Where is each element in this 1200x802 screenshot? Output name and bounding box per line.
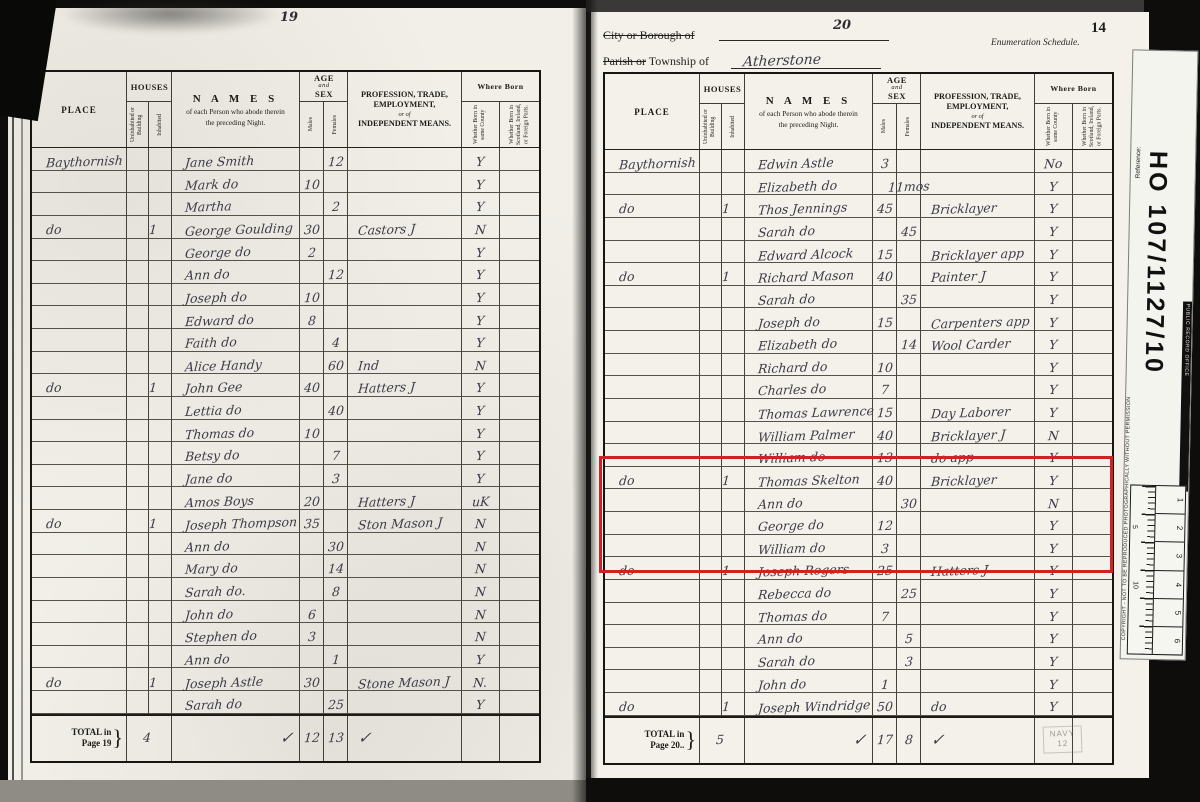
cell-pr: Bricklayer app (921, 241, 1035, 264)
cell-i (722, 625, 745, 648)
cell-b2 (500, 148, 539, 171)
total-males: 17 (876, 734, 893, 747)
cell-f: 12 (324, 148, 348, 171)
table-row: Alice Handy60IndN (32, 352, 539, 375)
cell-pr (348, 171, 462, 194)
cell-pl: do (605, 263, 700, 286)
cell-m (300, 329, 324, 352)
cell-pl (605, 648, 700, 671)
cell-b1: Y (462, 193, 500, 216)
cell-pl (605, 308, 700, 331)
cell-pl (605, 354, 700, 377)
cell-u (700, 173, 722, 196)
cell-b1: N (462, 578, 500, 601)
cell-pl: do (32, 374, 127, 397)
cell-b2 (500, 668, 539, 691)
cell-f (324, 306, 348, 329)
cell-i (722, 286, 745, 309)
cell-b1: Y (462, 148, 500, 171)
ruler-inch-cell: 3 (1154, 542, 1184, 571)
cell-pr (348, 193, 462, 216)
cell-m: 15 (873, 241, 897, 264)
header-profession: PROFESSION, TRADE, EMPLOYMENT, or of IND… (921, 74, 1035, 149)
page-edge-line (21, 8, 23, 780)
cell-pl (605, 331, 700, 354)
header-born-other: Whether Born in Scotland, Ireland, or Fo… (509, 103, 531, 146)
cell-b1: Y (1035, 308, 1073, 331)
header-houses: HOUSES Uninhabited or Building Inhabited (700, 74, 745, 149)
header-age-sex: AGE and SEX Males Females (300, 72, 348, 147)
cell-u (127, 442, 149, 465)
cell-u (700, 603, 722, 626)
cell-nm: Sarah do (745, 286, 873, 309)
cell-u (700, 241, 722, 264)
cell-m: 3 (300, 623, 324, 646)
table-rows-left: BaythornishJane Smith12YMark do10YMartha… (32, 148, 539, 714)
cell-pr (348, 397, 462, 420)
cell-b1: Y (462, 397, 500, 420)
table-row: Jane do3Y (32, 465, 539, 488)
cell-m (300, 352, 324, 375)
census-table-left: PLACE HOUSES Uninhabited or Building Inh… (30, 70, 541, 763)
table-rows-right: BaythornishEdwin Astle3NoElizabeth do11m… (605, 150, 1112, 716)
cell-m (300, 578, 324, 601)
cell-b2 (1073, 218, 1112, 241)
cell-i (149, 465, 172, 488)
cell-pl (605, 603, 700, 626)
cell-m: 35 (300, 510, 324, 533)
cell-m: 10 (300, 284, 324, 307)
cell-i (722, 399, 745, 422)
cell-nm: Edward Alcock (745, 241, 873, 264)
cell-pr (921, 286, 1035, 309)
cell-b1: N (1035, 422, 1073, 445)
cell-f (324, 171, 348, 194)
header-names: N A M E S of each Person who abode there… (172, 72, 300, 147)
cell-m (873, 580, 897, 603)
table-row: Mark do10Y (32, 171, 539, 194)
cell-i (149, 306, 172, 329)
cell-b1: N. (462, 668, 500, 691)
cell-m: 15 (873, 308, 897, 331)
cell-pr (348, 601, 462, 624)
cell-b2 (1073, 331, 1112, 354)
cell-i (722, 603, 745, 626)
cell-pl (32, 442, 127, 465)
cell-b1: Y (1035, 218, 1073, 241)
cell-u (700, 422, 722, 445)
table-row: do1Joseph Astle30Stone Mason JN. (32, 668, 539, 691)
cell-i (149, 623, 172, 646)
table-row: BaythornishEdwin Astle3No (605, 150, 1112, 173)
table-row: Edward do8Y (32, 306, 539, 329)
cell-b2 (500, 284, 539, 307)
cell-pr: Ind (348, 352, 462, 375)
cell-nm: John do (172, 601, 300, 624)
cell-nm: Martha (172, 193, 300, 216)
cell-b1: N (462, 533, 500, 556)
cell-b2 (1073, 693, 1112, 716)
cell-i (722, 331, 745, 354)
table-row: Joseph do15Carpenters appY (605, 308, 1112, 331)
cell-pl (32, 171, 127, 194)
cell-i (149, 487, 172, 510)
cell-b2 (500, 193, 539, 216)
cell-nm: George Goulding (172, 216, 300, 239)
cell-b1: uK (462, 487, 500, 510)
cell-u (127, 261, 149, 284)
cell-pr (348, 261, 462, 284)
cell-u (127, 555, 149, 578)
cell-f (897, 399, 921, 422)
cell-b2 (1073, 422, 1112, 445)
cell-pl (32, 420, 127, 443)
table-row: Rebecca do25Y (605, 580, 1112, 603)
cell-f (324, 420, 348, 443)
cell-f (897, 422, 921, 445)
cell-b1: Y (1035, 263, 1073, 286)
cell-u (127, 284, 149, 307)
cell-nm: Edwin Astle (745, 150, 873, 173)
cell-pl (605, 399, 700, 422)
cell-i (722, 670, 745, 693)
cell-b2 (1073, 308, 1112, 331)
table-row: Martha2Y (32, 193, 539, 216)
cell-pr (921, 150, 1035, 173)
cell-u (700, 150, 722, 173)
cell-pl (605, 580, 700, 603)
cell-m: 40 (873, 422, 897, 445)
cell-nm: Ann do (172, 646, 300, 669)
cell-f: 3 (897, 648, 921, 671)
schedule-number: 14 (1091, 20, 1106, 37)
cell-f: 7 (324, 442, 348, 465)
cell-i: 1 (722, 693, 745, 716)
cell-nm: Jane do (172, 465, 300, 488)
cell-pr: Wool Carder (921, 331, 1035, 354)
cell-i (722, 308, 745, 331)
cell-nm: Joseph do (745, 308, 873, 331)
cell-b2 (1073, 625, 1112, 648)
table-row: do1Richard Mason40Painter JY (605, 263, 1112, 286)
cell-m: 10 (300, 171, 324, 194)
cell-f (897, 263, 921, 286)
cell-m (873, 286, 897, 309)
header-females: Females (905, 117, 912, 136)
cell-f: 25 (897, 580, 921, 603)
cell-i (149, 601, 172, 624)
ruler-inch-cell: 6 (1153, 627, 1183, 655)
cell-u (127, 374, 149, 397)
cell-f: 40 (324, 397, 348, 420)
header-place: PLACE (605, 74, 700, 149)
cell-pl (605, 670, 700, 693)
cell-b1: Y (1035, 195, 1073, 218)
cell-f: 8 (324, 578, 348, 601)
cell-b2 (500, 397, 539, 420)
cell-b2 (500, 420, 539, 443)
cell-b2 (1073, 241, 1112, 264)
cell-b1: Y (462, 465, 500, 488)
cell-pr: Painter J (921, 263, 1035, 286)
cell-pl (32, 487, 127, 510)
cell-f (897, 354, 921, 377)
cell-m (873, 625, 897, 648)
cell-b1: Y (462, 691, 500, 714)
cell-m (873, 331, 897, 354)
cell-m (300, 193, 324, 216)
schedule-label: Enumeration Schedule. (991, 38, 1080, 48)
cell-i (722, 241, 745, 264)
cell-pl (32, 555, 127, 578)
cell-b1: Y (1035, 376, 1073, 399)
header-place: PLACE (32, 72, 127, 147)
cell-i: 1 (149, 668, 172, 691)
total-label: TOTAL inPage 19 } (32, 716, 127, 761)
cell-nm: Amos Boys (172, 487, 300, 510)
cell-b2 (1073, 603, 1112, 626)
township-value: Atherstone (743, 53, 822, 70)
measurement-ruler: 510 123456 (1127, 484, 1187, 655)
cell-m: 40 (873, 263, 897, 286)
cell-pr (348, 465, 462, 488)
total-males: 12 (303, 732, 320, 745)
cell-pl (32, 352, 127, 375)
cell-nm: Rebecca do (745, 580, 873, 603)
cell-pr (921, 580, 1035, 603)
cell-m: 7 (873, 603, 897, 626)
cell-b2 (500, 239, 539, 262)
cell-b1: Y (1035, 648, 1073, 671)
cell-f (324, 510, 348, 533)
cell-pr (348, 239, 462, 262)
cell-pr (348, 148, 462, 171)
cell-nm: Betsy do (172, 442, 300, 465)
cell-b2 (1073, 580, 1112, 603)
table-row: Sarah do45Y (605, 218, 1112, 241)
cell-m (873, 648, 897, 671)
cell-pr: Ston Mason J (348, 510, 462, 533)
cell-b2 (500, 352, 539, 375)
table-row: Betsy do7Y (32, 442, 539, 465)
cell-b2 (500, 510, 539, 533)
cell-u (700, 331, 722, 354)
table-row: Thomas do10Y (32, 420, 539, 443)
cell-b1: Y (1035, 286, 1073, 309)
census-table-right: PLACE HOUSES Uninhabited or Building Inh… (603, 72, 1114, 765)
table-row: do1Thos Jennings45BricklayerY (605, 195, 1112, 218)
cell-u (700, 648, 722, 671)
cell-u (127, 646, 149, 669)
cell-f (324, 668, 348, 691)
header-uninhabited: Uninhabited or Building (703, 105, 717, 148)
ruler-inch-cell: 1 (1156, 486, 1186, 515)
cell-nm: Jane Smith (172, 148, 300, 171)
cell-nm: Elizabeth do (745, 331, 873, 354)
cell-b2 (500, 171, 539, 194)
ruler-cm-scale: 510 (1128, 485, 1157, 653)
cell-b2 (1073, 150, 1112, 173)
cell-pr (348, 578, 462, 601)
cell-m: 20 (300, 487, 324, 510)
cell-b2 (1073, 195, 1112, 218)
cell-u (700, 399, 722, 422)
cell-u (127, 623, 149, 646)
ruler-number: 5 (1131, 525, 1138, 529)
cell-m: 30 (300, 216, 324, 239)
cell-i: 1 (722, 263, 745, 286)
cell-nm: Thomas do (745, 603, 873, 626)
table-row: Edward Alcock15Bricklayer appY (605, 241, 1112, 264)
cell-u (127, 329, 149, 352)
cell-nm: Joseph Astle (172, 668, 300, 691)
cell-i (722, 354, 745, 377)
cell-pr (921, 376, 1035, 399)
cell-pl: do (32, 216, 127, 239)
scan-edge-shadow (586, 0, 1144, 12)
cell-f: 1 (324, 646, 348, 669)
header-uninhabited: Uninhabited or Building (130, 103, 144, 146)
cell-pr (348, 646, 462, 669)
cell-nm: Joseph Windridge (745, 693, 873, 716)
cell-pl (32, 397, 127, 420)
cell-b1: Y (1035, 354, 1073, 377)
cell-pl: Baythornish (605, 150, 700, 173)
cell-pl (605, 173, 700, 196)
cell-nm: Sarah do (745, 648, 873, 671)
tally-mark: ✓ (279, 730, 294, 747)
cell-b1: Y (1035, 173, 1073, 196)
cell-f: 4 (324, 329, 348, 352)
table-row: Joseph do10Y (32, 284, 539, 307)
table-row: Sarah do35Y (605, 286, 1112, 309)
cell-b2 (1073, 399, 1112, 422)
table-row: Richard do10Y (605, 354, 1112, 377)
cell-u (700, 693, 722, 716)
cell-nm: Thomas do (172, 420, 300, 443)
total-houses: 5 (716, 734, 725, 747)
table-row: William Palmer40Bricklayer JN (605, 422, 1112, 445)
cell-u (127, 533, 149, 556)
cell-nm: Joseph Thompson (172, 510, 300, 533)
cell-b2 (1073, 263, 1112, 286)
header-males: Males (881, 119, 888, 133)
cell-i (149, 148, 172, 171)
cell-f (324, 216, 348, 239)
ruler-inch-scale: 123456 (1153, 486, 1186, 655)
cell-f: 45 (897, 218, 921, 241)
cell-pl (605, 422, 700, 445)
public-record-office-label: PUBLIC RECORD OFFICE (1183, 304, 1191, 377)
cell-nm: Richard do (745, 354, 873, 377)
cell-f: 30 (324, 533, 348, 556)
cell-m (300, 148, 324, 171)
cell-pr (921, 354, 1035, 377)
header-where-born: Where Born Whether Born in same County W… (1035, 74, 1112, 149)
cell-pr: Bricklayer J (921, 422, 1035, 445)
cell-pl: Baythornish (32, 148, 127, 171)
cell-pl (32, 261, 127, 284)
cell-u (700, 670, 722, 693)
cell-pr: Carpenters app (921, 308, 1035, 331)
cell-u (700, 376, 722, 399)
cell-i (149, 329, 172, 352)
table-row: Elizabeth do11mosY (605, 173, 1112, 196)
cell-b2 (1073, 173, 1112, 196)
cell-i (149, 442, 172, 465)
cell-b2 (1073, 286, 1112, 309)
cell-nm: Ann do (172, 533, 300, 556)
tally-mark: ✓ (930, 732, 945, 749)
cell-pl (32, 239, 127, 262)
cell-pr (921, 648, 1035, 671)
table-row: Sarah do3Y (605, 648, 1112, 671)
table-row: Elizabeth do14Wool CarderY (605, 331, 1112, 354)
cell-i (722, 422, 745, 445)
table-row: Amos Boys20Hatters JuK (32, 487, 539, 510)
cell-u (127, 510, 149, 533)
census-page-left: 19 PLACE HOUSES Uninhabited or Building … (8, 8, 586, 780)
header-names: N A M E S of each Person who abode there… (745, 74, 873, 149)
cell-i (149, 691, 172, 714)
cell-u (700, 286, 722, 309)
cell-b2 (500, 374, 539, 397)
cell-pr (348, 442, 462, 465)
header-females: Females (332, 115, 339, 134)
cell-m: 8 (300, 306, 324, 329)
cell-f (324, 487, 348, 510)
cell-i: 1 (149, 216, 172, 239)
cell-pl: do (32, 510, 127, 533)
cell-f: 60 (324, 352, 348, 375)
cell-i (149, 646, 172, 669)
cell-u (127, 306, 149, 329)
cell-pr (348, 623, 462, 646)
scan-smudge (60, 0, 280, 34)
cell-b2 (500, 623, 539, 646)
cell-pl (32, 601, 127, 624)
cell-pr: Bricklayer (921, 195, 1035, 218)
cell-f (324, 284, 348, 307)
cell-i (149, 397, 172, 420)
cell-i (722, 173, 745, 196)
cell-nm: Sarah do. (172, 578, 300, 601)
cell-m: 6 (300, 601, 324, 624)
cell-b1: Y (462, 420, 500, 443)
cell-i (149, 420, 172, 443)
cell-b1: N (462, 352, 500, 375)
ruler-inch-cell: 4 (1154, 570, 1184, 599)
cell-m: 15 (873, 399, 897, 422)
cell-m: 10 (873, 354, 897, 377)
public-record-office-bar: PUBLIC RECORD OFFICE (1179, 301, 1192, 491)
cell-b1: N (462, 216, 500, 239)
cell-i (149, 171, 172, 194)
cell-pr: Castors J (348, 216, 462, 239)
cell-m: 7 (873, 376, 897, 399)
cell-nm: Sarah do (745, 218, 873, 241)
cell-pr (921, 218, 1035, 241)
total-row-right: TOTAL inPage 20.. } 5 ✓ 17 8 ✓ NAVY 12 (605, 716, 1112, 763)
header-born-county: Whether Born in same County (473, 103, 487, 146)
table-row: Ann do5Y (605, 625, 1112, 648)
cell-u (127, 668, 149, 691)
page-number-left: 19 (280, 10, 298, 25)
cell-b1: N (462, 510, 500, 533)
cell-b1: Y (1035, 399, 1073, 422)
cell-f (324, 623, 348, 646)
highlight-box (599, 456, 1113, 573)
